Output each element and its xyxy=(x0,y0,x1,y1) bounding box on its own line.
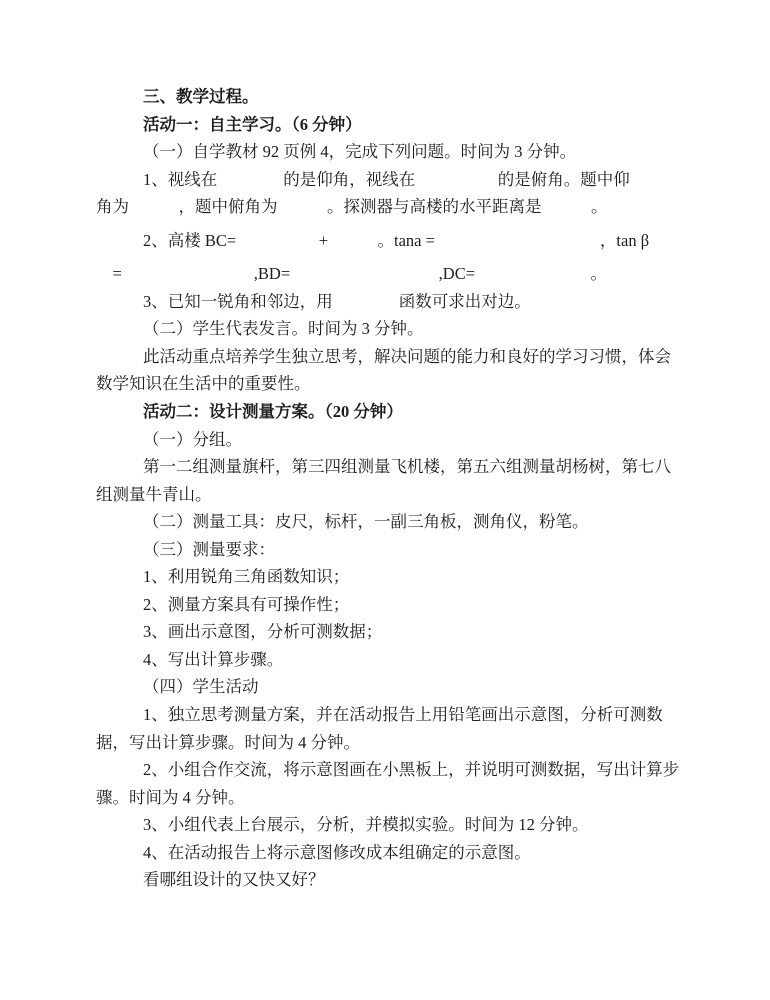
text-line: 看哪组设计的又快又好？ xyxy=(96,866,678,894)
text-line: 数学知识在生活中的重要性。 xyxy=(96,370,678,398)
section-heading: 三、教学过程。 xyxy=(96,83,678,111)
text-line: 组测量牛青山。 xyxy=(96,481,678,509)
text-line: 角为 ，题中俯角为 。探测器与高楼的水平距离是 。 xyxy=(96,193,678,221)
text-line: 骤。时间为 4 分钟。 xyxy=(96,784,678,812)
text-line: 2、小组合作交流，将示意图画在小黑板上，并说明可测数据，写出计算步 xyxy=(96,756,678,784)
text-line: 此活动重点培养学生独立思考，解决问题的能力和良好的学习习惯，体会 xyxy=(96,343,678,371)
text-line: 4、在活动报告上将示意图修改成本组确定的示意图。 xyxy=(96,839,678,867)
text-line: 4、写出计算步骤。 xyxy=(96,646,678,674)
text-line: 1、独立思考测量方案，并在活动报告上用铅笔画出示意图，分析可测数 xyxy=(96,701,678,729)
text-line: = ,BD= ,DC= 。 xyxy=(96,260,678,288)
text-line: 1、视线在 的是仰角，视线在 的是俯角。题中仰 xyxy=(96,166,678,194)
document-body: 三、教学过程。活动一：自主学习。（6 分钟）（一）自学教材 92 页例 4，完成… xyxy=(96,83,678,894)
text-line: 1、利用锐角三角函数知识； xyxy=(96,563,678,591)
text-line: 3、已知一锐角和邻边，用 函数可求出对边。 xyxy=(96,288,678,316)
text-line: 3、小组代表上台展示，分析，并模拟实验。时间为 12 分钟。 xyxy=(96,811,678,839)
section-heading: 活动二：设计测量方案。（20 分钟） xyxy=(96,398,678,426)
text-line: 第一二组测量旗杆，第三四组测量飞机楼，第五六组测量胡杨树，第七八 xyxy=(96,453,678,481)
text-line: 2、高楼 BC= + 。tana = ，tan β xyxy=(96,227,678,255)
text-line: （三）测量要求： xyxy=(96,536,678,564)
section-heading: 活动一：自主学习。（6 分钟） xyxy=(96,111,678,139)
text-line: 2、测量方案具有可操作性； xyxy=(96,591,678,619)
text-line: （一）分组。 xyxy=(96,426,678,454)
text-line: （一）自学教材 92 页例 4，完成下列问题。时间为 3 分钟。 xyxy=(96,138,678,166)
document-page: 三、教学过程。活动一：自主学习。（6 分钟）（一）自学教材 92 页例 4，完成… xyxy=(0,0,770,1000)
text-line: 据，写出计算步骤。时间为 4 分钟。 xyxy=(96,729,678,757)
text-line: （四）学生活动 xyxy=(96,673,678,701)
text-line: 3、画出示意图，分析可测数据； xyxy=(96,618,678,646)
text-line: （二）学生代表发言。时间为 3 分钟。 xyxy=(96,315,678,343)
text-line: （二）测量工具：皮尺，标杆，一副三角板，测角仪，粉笔。 xyxy=(96,508,678,536)
